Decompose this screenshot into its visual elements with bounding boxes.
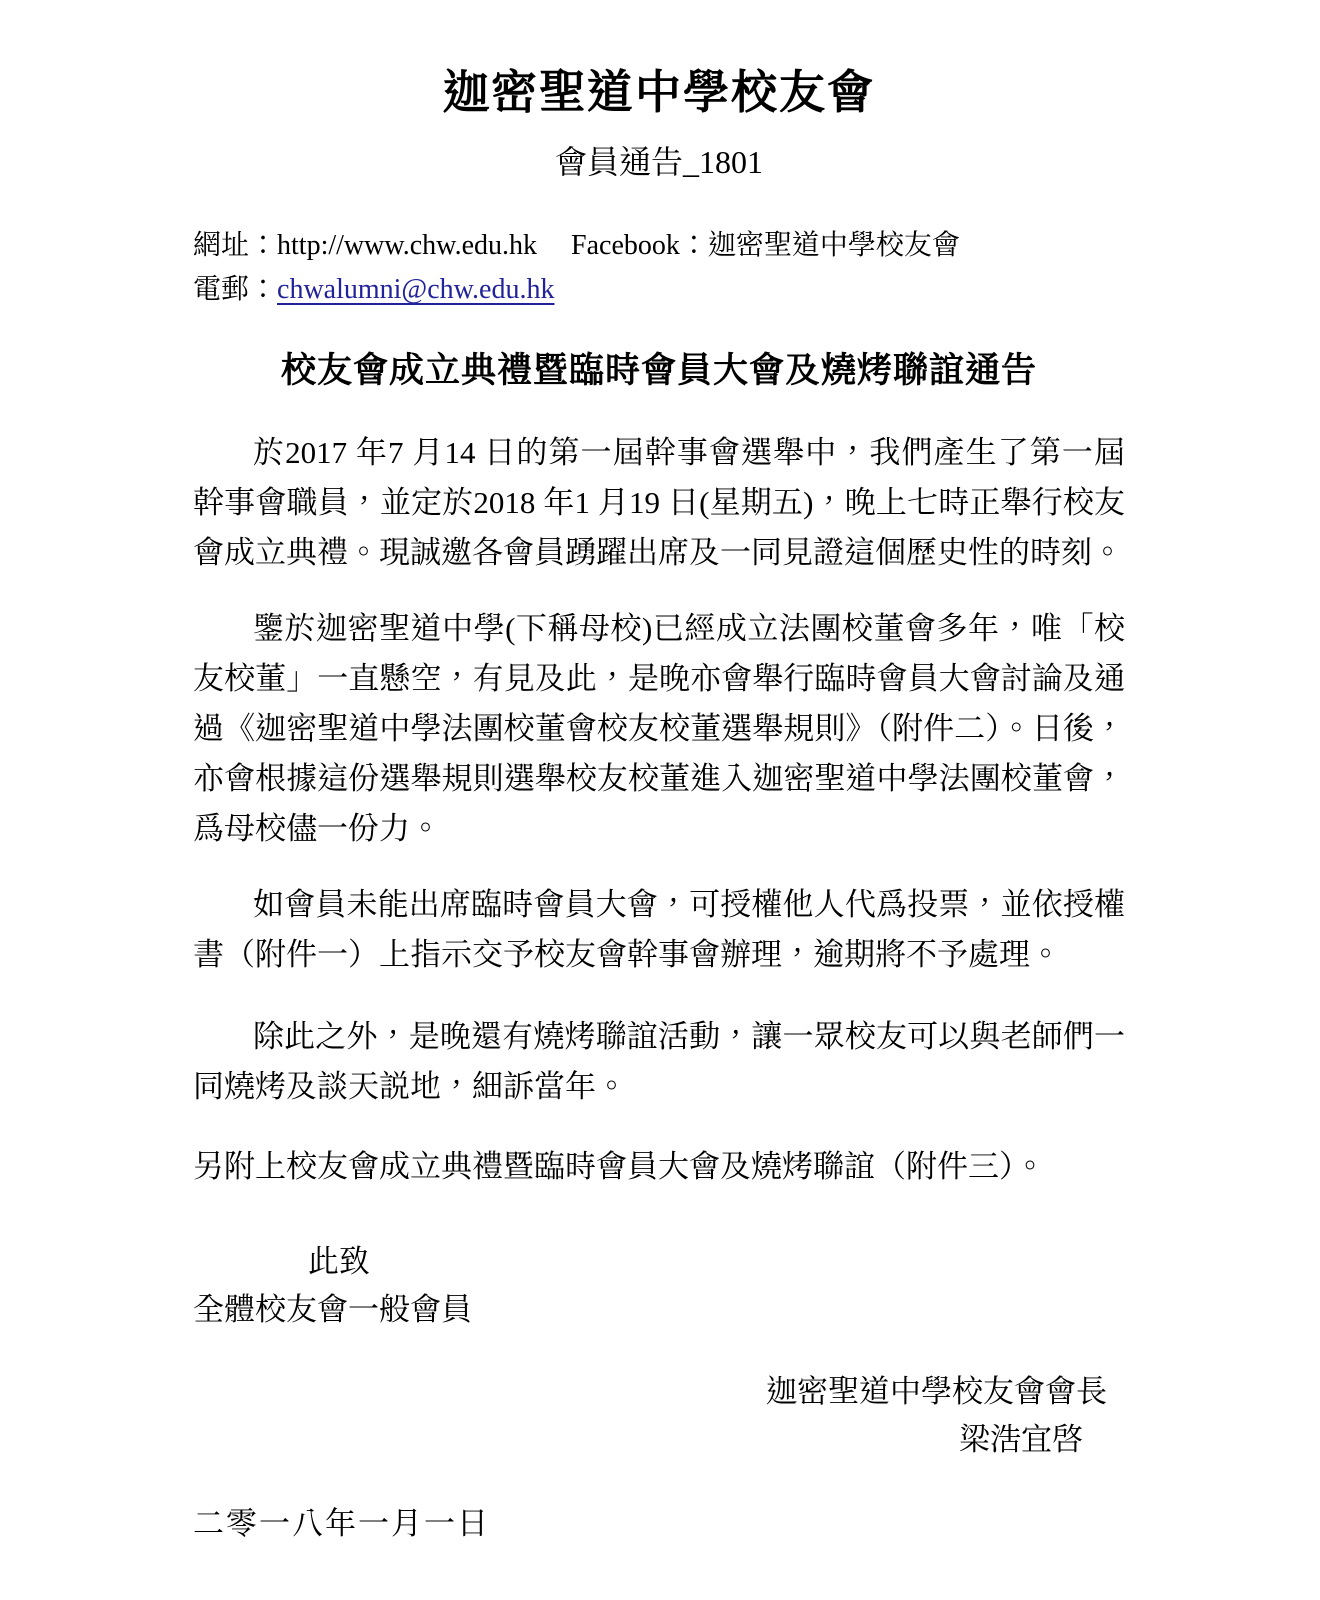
email-label: 電郵： — [193, 274, 277, 305]
facebook-label: Facebook： — [571, 230, 708, 261]
email-link[interactable]: chwalumni@chw.edu.hk — [277, 274, 554, 305]
closing-block: 此致 全體校友會一般會員 — [193, 1238, 1125, 1334]
notice-document: 迦密聖道中學校友會 會員通告_1801 網址：http://www.chw.ed… — [0, 0, 1320, 1600]
signature-block: 迦密聖道中學校友會會長 梁浩宜啓 — [193, 1368, 1125, 1464]
website-url: http://www.chw.edu.hk — [277, 230, 537, 261]
paragraph-proxy-voting: 如會員未能出席臨時會員大會，可授權他人代爲投票，並依授權書（附件一）上指示交予校… — [193, 880, 1125, 980]
signature-title: 迦密聖道中學校友會會長 — [193, 1368, 1125, 1416]
facebook-name: 迦密聖道中學校友會 — [708, 230, 960, 261]
paragraph-egm-election-rules: 鑒於迦密聖道中學(下稱母校)已經成立法團校董會多年，唯「校友校董」一直懸空，有見… — [193, 604, 1125, 854]
email-line: 電郵：chwalumni@chw.edu.hk — [193, 268, 1125, 312]
website-line: 網址：http://www.chw.edu.hkFacebook：迦密聖道中學校… — [193, 224, 1125, 268]
paragraph-bbq-gathering: 除此之外，是晚還有燒烤聯誼活動，讓一眾校友可以與老師們一同燒烤及談天説地，細訴當… — [193, 1012, 1125, 1112]
salutation: 此致 — [193, 1238, 1125, 1286]
website-label: 網址： — [193, 230, 277, 261]
notice-number: 會員通告_1801 — [193, 142, 1125, 182]
paragraph-attachment-note: 另附上校友會成立典禮暨臨時會員大會及燒烤聯誼（附件三）。 — [193, 1142, 1125, 1192]
page-title: 迦密聖道中學校友會 — [193, 64, 1125, 122]
contact-block: 網址：http://www.chw.edu.hkFacebook：迦密聖道中學校… — [193, 224, 1125, 312]
addressee: 全體校友會一般會員 — [193, 1286, 1125, 1334]
signature-name: 梁浩宜啓 — [193, 1416, 1125, 1464]
date-line: 二零一八年一月一日 — [193, 1500, 1125, 1548]
notice-heading: 校友會成立典禮暨臨時會員大會及燒烤聯誼通告 — [193, 348, 1125, 394]
paragraph-election-announcement: 於2017 年7 月14 日的第一屆幹事會選舉中，我們產生了第一屆幹事會職員，並… — [193, 428, 1125, 578]
